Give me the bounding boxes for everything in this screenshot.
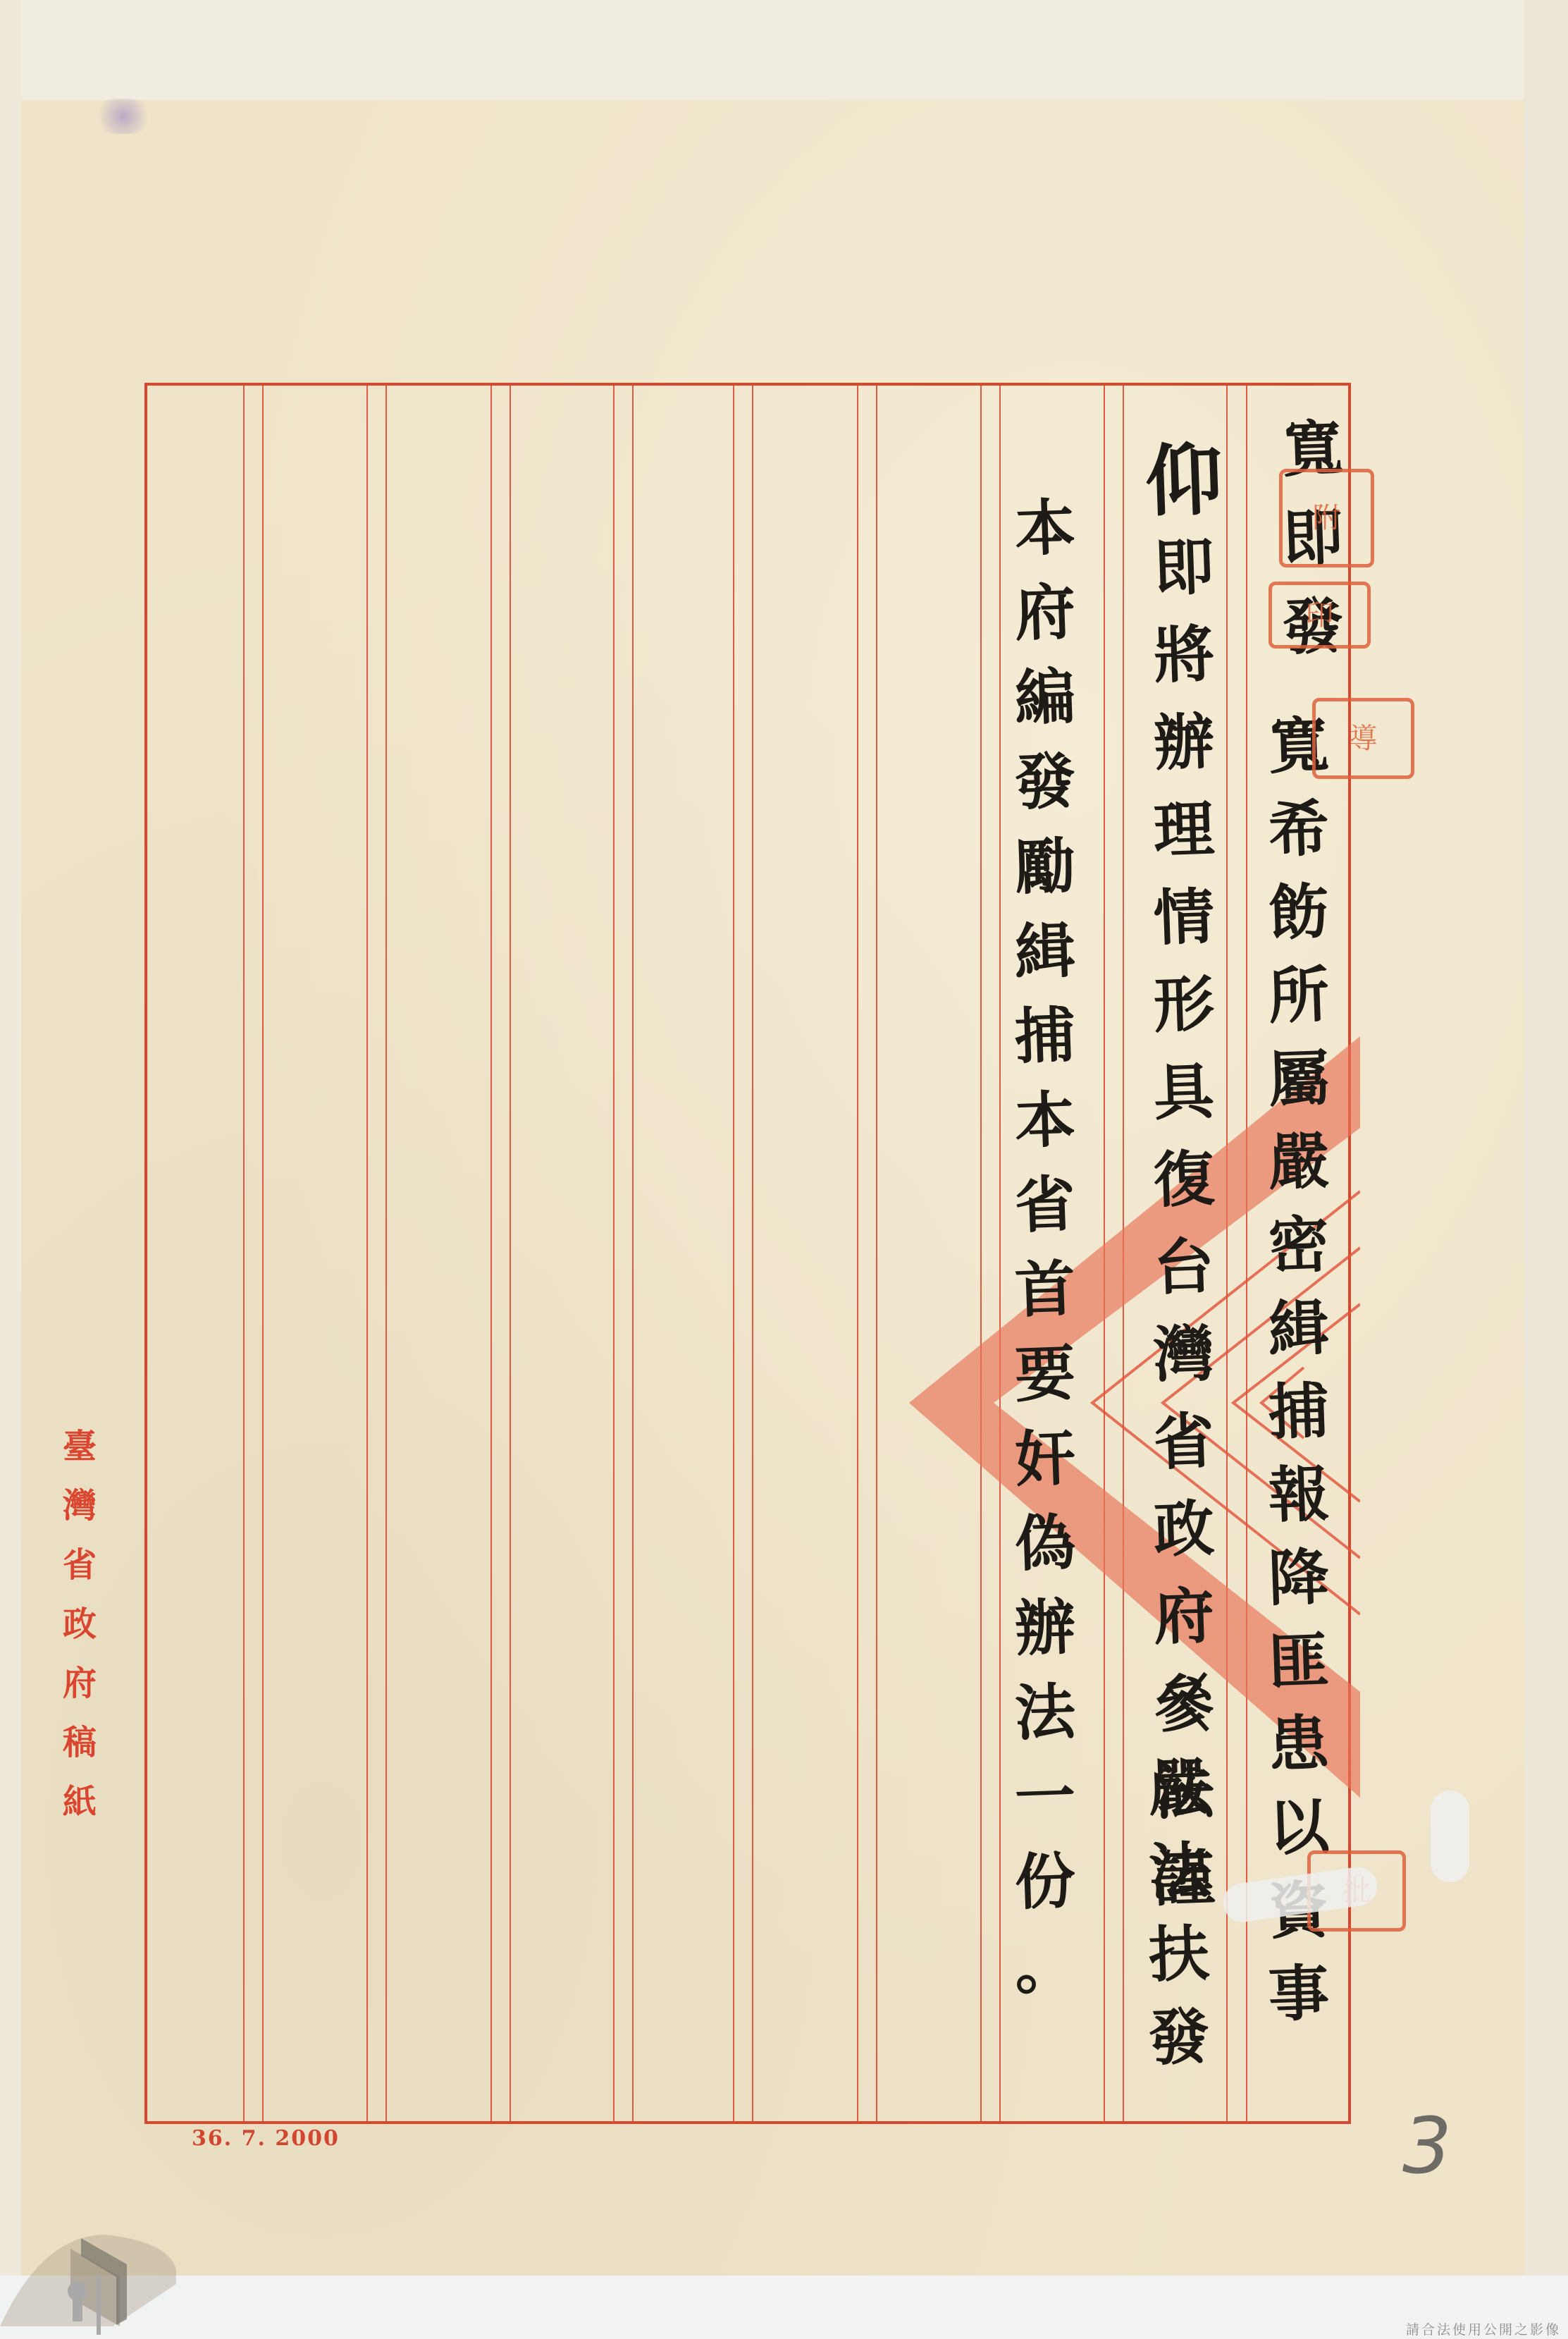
hw-char: 降: [1267, 1536, 1331, 1621]
seal-stamp: 印: [1268, 582, 1371, 649]
handwriting-column-2: 寬 希 飭 所 屬 嚴 密 緝 捕 報 降 匪 患 以 資 事: [1268, 705, 1329, 2036]
hw-char: 偽: [1013, 1501, 1077, 1588]
hw-char: 奸: [1013, 1416, 1077, 1503]
rule-line: [490, 386, 492, 2121]
hw-char: 匪: [1267, 1619, 1331, 1705]
rule-line: [1226, 386, 1228, 2121]
hw-char: 省: [1013, 1162, 1077, 1249]
rule-line: [1246, 386, 1247, 2121]
backing-paper-right: [1524, 0, 1568, 2276]
seal-label: 印: [1306, 600, 1334, 631]
hw-char: 緝: [1013, 909, 1077, 995]
form-title-char: 政: [63, 1595, 97, 1654]
watermark-notice: 請合法使用公開之影像: [1406, 2319, 1561, 2338]
rule-line: [752, 386, 753, 2121]
hw-char: 患: [1267, 1702, 1331, 1788]
rule-line: [1104, 386, 1105, 2121]
rule-line: [366, 386, 368, 2121]
form-print-code: 36. 7. 2000: [192, 2126, 340, 2151]
rule-line: [857, 386, 858, 2121]
hw-char: 勵: [1013, 824, 1077, 911]
form-title-char: 灣: [63, 1476, 97, 1535]
hw-char: 捕: [1267, 1370, 1331, 1455]
hw-char: 密: [1267, 1203, 1331, 1289]
hw-char: 首: [1013, 1247, 1077, 1334]
handwriting-column-4: 〈 嚴 法 扶 發: [1149, 1664, 1209, 2080]
hw-char: 台: [1152, 1223, 1216, 1313]
hw-char: 緝: [1267, 1287, 1331, 1372]
hw-char: 份: [1013, 1839, 1077, 1926]
footer-band: [0, 2276, 1568, 2339]
hw-char: 嚴: [1147, 1746, 1211, 1831]
hw-char: 屬: [1267, 1037, 1331, 1122]
seal-label: 導: [1350, 723, 1378, 754]
hw-char: 嚴: [1267, 1120, 1331, 1205]
rule-line: [632, 386, 634, 2121]
rule-line: [385, 386, 387, 2121]
hw-char: 省: [1152, 1398, 1216, 1487]
rule-line: [613, 386, 615, 2121]
hw-char: 飭: [1267, 871, 1331, 956]
hw-char: 事: [1267, 1952, 1331, 2037]
hw-char: 發: [1147, 1996, 1211, 2081]
hw-char: 發: [1013, 739, 1077, 826]
form-title-char: 紙: [63, 1772, 97, 1831]
hw-char: 〈: [1147, 1663, 1211, 1748]
hw-char: 灣: [1152, 1310, 1216, 1400]
hw-char: 即: [1152, 524, 1216, 613]
hw-char: 府: [1013, 570, 1077, 657]
rule-line: [243, 386, 245, 2121]
form-title: 臺 灣 省 政 府 稿 紙: [55, 1417, 104, 1831]
hw-char: 希: [1267, 787, 1331, 873]
hw-char: 政: [1152, 1485, 1216, 1575]
rule-line: [262, 386, 264, 2121]
hw-char: 捕: [1013, 993, 1077, 1080]
hw-char: 扶: [1147, 1913, 1211, 1998]
rule-line: [1123, 386, 1124, 2121]
form-title-char: 府: [63, 1654, 97, 1713]
rule-line: [999, 386, 1001, 2121]
paste-residue: [1431, 1791, 1469, 1882]
ink-smudge: [92, 99, 155, 134]
hw-char: 辦: [1152, 699, 1216, 788]
hw-char: 復: [1152, 1136, 1216, 1225]
hw-char: 報: [1267, 1453, 1331, 1538]
page-number: 3: [1402, 2101, 1452, 2191]
hw-char: 要: [1013, 1332, 1077, 1418]
hw-char: 仰: [1144, 436, 1224, 526]
hw-char: 理: [1152, 786, 1216, 876]
rule-line: [733, 386, 734, 2121]
hw-char: 一: [1013, 1755, 1077, 1841]
hw-char: 情: [1152, 873, 1216, 963]
rule-line: [510, 386, 511, 2121]
hw-char: 法: [1147, 1829, 1211, 1915]
hw-char: 法: [1013, 1670, 1077, 1757]
hw-char: 編: [1013, 655, 1077, 742]
form-title-char: 臺: [63, 1417, 97, 1476]
archive-book-keyhole-icon: [0, 2221, 176, 2339]
form-title-char: 省: [63, 1535, 97, 1595]
rule-line: [876, 386, 877, 2121]
seal-stamp: 導: [1312, 698, 1414, 779]
hw-char: 辦: [1013, 1585, 1077, 1672]
handwriting-column-5: 本 府 編 發 勵 緝 捕 本 省 首 要 奸 偽 辦 法 一 份 。: [1015, 486, 1075, 2009]
form-title-char: 稿: [63, 1713, 97, 1772]
hw-char: 。: [1013, 1924, 1077, 2010]
hw-char: 形: [1152, 961, 1216, 1050]
hw-char: 府: [1152, 1573, 1216, 1662]
hw-char: 具: [1152, 1048, 1216, 1138]
hw-char: 所: [1267, 954, 1331, 1039]
hw-char: 本: [1013, 1078, 1077, 1165]
hw-char: 本: [1013, 486, 1077, 572]
seal-label: 附: [1313, 503, 1341, 534]
rule-line: [980, 386, 982, 2121]
seal-stamp: 附: [1279, 469, 1374, 567]
backing-paper-top: [21, 0, 1524, 102]
hw-char: 將: [1152, 611, 1216, 701]
